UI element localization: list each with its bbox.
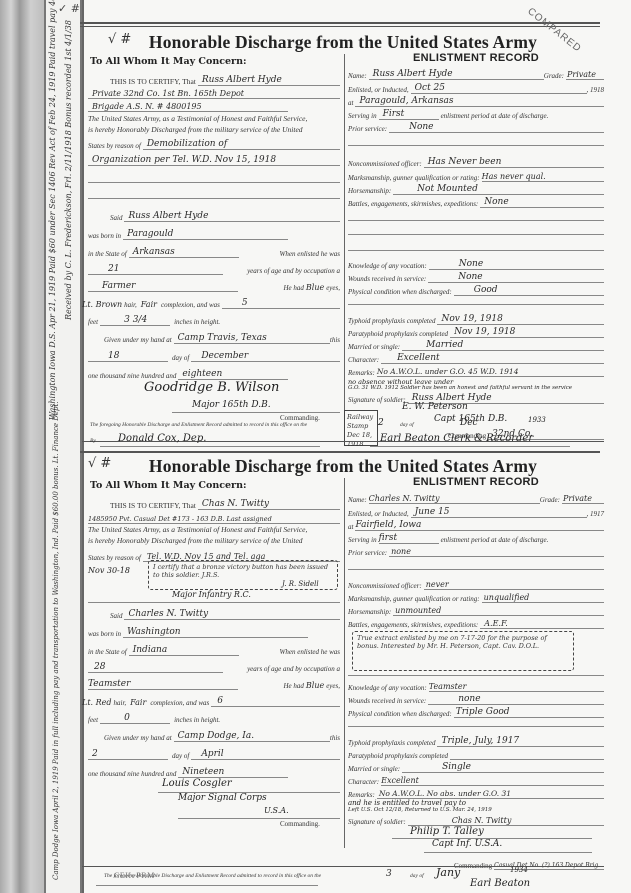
commanding-label: Commanding. <box>280 414 320 422</box>
said-name: Russ Albert Hyde <box>128 211 208 221</box>
blank-line <box>348 675 604 676</box>
grade-label: Grade: <box>540 496 560 504</box>
hair-row: Lt. Red hair, Fair complexion, and was 6 <box>82 693 340 707</box>
occupation-row: Farmer He had Blue eyes, <box>88 278 340 292</box>
blank-line <box>348 145 604 146</box>
signature-line <box>178 818 340 819</box>
enl-paratyphoid-row: Paratyphoid prophylaxis completed Nov 19… <box>348 324 604 338</box>
certify-label: THIS IS TO CERTIFY, That <box>110 501 196 510</box>
wounds: none <box>458 694 480 704</box>
officer-signature: Philip T. Talley <box>410 826 484 837</box>
eyes-label: He had <box>283 682 303 690</box>
testimonial-text-2: is hereby Honorably Discharged from the … <box>88 125 303 134</box>
discharge-left-column: THIS IS TO CERTIFY, That Chas N. Twitty … <box>82 456 340 856</box>
state-row: in the State of Arkansas When enlisted h… <box>88 244 340 258</box>
record-2-footer-day: 3 <box>386 869 392 879</box>
hair-row: Lt. Brown hair, Fair complexion, and was… <box>82 295 340 309</box>
grade: Private <box>563 494 592 503</box>
complexion-label: complexion, and was <box>161 301 220 309</box>
record-1-footer-month: Dec <box>460 418 478 428</box>
enl-typhoid-row: Typhoid prophylaxis completed Triple, Ju… <box>348 733 604 747</box>
officer-rank: Capt Inf. U.S.A. <box>432 839 502 849</box>
this-label: this <box>330 734 340 742</box>
blank-line <box>348 234 604 235</box>
enlistment-record-column: ENLISTMENT RECORD Name: Russ Albert Hyde… <box>348 28 604 428</box>
eyes-label: He had <box>283 284 303 292</box>
state-row: in the State of Indiana When enlisted he… <box>88 642 340 656</box>
hair-label: hair, <box>114 699 127 707</box>
wounds: None <box>458 272 482 282</box>
given-place: Camp Travis, Texas <box>178 333 267 343</box>
physical-condition: Good <box>474 285 498 295</box>
enl-serving-row: Serving in First enlistment period at da… <box>348 106 604 120</box>
signature-line <box>172 412 340 413</box>
complexion: Fair <box>141 300 157 309</box>
grade: Private <box>567 70 596 79</box>
enl-serving-row: Serving in first enlistment period at da… <box>348 530 604 544</box>
record-2-footer-year: 1934 <box>510 866 528 874</box>
name-label: Name: <box>348 72 367 80</box>
enl-name: Russ Albert Hyde <box>373 69 453 79</box>
prior-label: Prior service: <box>348 125 387 133</box>
state-label: in the State of <box>88 250 127 258</box>
complexion-label: complexion, and was <box>150 699 209 707</box>
commander-rank: Major Signal Corps <box>178 793 267 803</box>
remarks-label: Remarks: <box>348 791 375 799</box>
height-feet: 5 <box>242 298 248 308</box>
day: 18 <box>108 351 119 361</box>
discharge-reason-2: Nov 30-18 <box>88 566 130 575</box>
occupation-row: Teamster He had Blue eyes, <box>88 676 340 690</box>
year-label: one thousand nine hundred and <box>88 372 176 380</box>
birthplace: Washington <box>127 627 181 637</box>
nco-label: Noncommissioned officer: <box>348 160 422 168</box>
enlistment-record-column: ENLISTMENT RECORD Name: Charles N. Twitt… <box>348 456 604 856</box>
enl-nco-row: Noncommissioned officer: Has Never been <box>348 154 604 168</box>
soldier-name: Chas N. Twitty <box>202 499 269 509</box>
certify-row: THIS IS TO CERTIFY, That Russ Albert Hyd… <box>110 72 340 86</box>
year-row: one thousand nine hundred and Nineteen <box>88 764 288 778</box>
enl-horse-row: Horsemanship: Not Mounted <box>348 181 604 195</box>
enl-character-row: Character: Excellent <box>348 772 604 786</box>
enl-remarks-row: Remarks: No A.W.O.L. No abs. under G.O. … <box>348 785 604 799</box>
enl-physical-row: Physical condition when discharged: Trip… <box>348 704 604 718</box>
year-word: Nineteen <box>182 767 224 777</box>
footer-line <box>370 446 570 447</box>
vocation: None <box>459 259 483 269</box>
record-1-deputy-signature: Donald Cox, Dep. <box>118 433 206 444</box>
archive-credit: CEH~PRM <box>114 871 155 880</box>
scanned-document: Washington Iowa D.S. Apr 21, 1919 Paid $… <box>0 0 631 893</box>
signature-label: Signature of soldier: <box>348 396 406 404</box>
remarks-2: and he is entitled to travel pay to <box>348 799 466 807</box>
said-name: Charles N. Twitty <box>128 609 208 619</box>
vocation: Teamster <box>429 682 467 691</box>
soldier-name: Russ Albert Hyde <box>202 75 282 85</box>
unit-line: 1485950 Pvt. Casual Det #173 - 163 D.B. … <box>88 515 272 523</box>
enlisted-place: Fairfield, Iowa <box>355 520 421 530</box>
margin-note-upper: Washington Iowa D.S. Apr 21, 1919 Paid $… <box>48 20 57 420</box>
reason-label: States by reason of <box>88 554 141 562</box>
age-row: 28 years of age and by occupation a <box>88 659 340 673</box>
enlistment-heading: ENLISTMENT RECORD <box>348 52 604 64</box>
record-1-footer-by-label: By <box>90 438 96 444</box>
age-row: 21 years of age and by occupation a <box>88 261 340 275</box>
enl-physical-row: Physical condition when discharged: Good <box>348 282 604 296</box>
age: 21 <box>108 264 119 274</box>
discharge-record-2: √ # Honorable Discharge from the United … <box>82 456 604 856</box>
physical-label: Physical condition when discharged: <box>348 710 452 718</box>
record-1-footer-day: 2 <box>378 418 384 428</box>
battles-label: Battles, engagements, skirmishes, expedi… <box>348 621 478 629</box>
signature-label: Signature of soldier: <box>348 818 406 826</box>
birth-state: Indiana <box>133 645 168 655</box>
reason-label: States by reason of <box>88 142 141 150</box>
enl-battles-row: Battles, engagements, skirmishes, expedi… <box>348 615 604 629</box>
record-1-footer-text: The foregoing Honorable Discharge and En… <box>90 422 307 428</box>
enl-wounds-row: Wounds received in service: none <box>348 691 604 705</box>
character: Excellent <box>397 353 440 363</box>
day: 2 <box>92 749 98 759</box>
record-1-clerk-signature: Earl Beaton Clerk & Recorder <box>380 433 533 444</box>
footer-line <box>96 885 318 886</box>
discharge-reason-2: Organization per Tel. W.D. Nov 15, 1918 <box>92 155 276 165</box>
enl-typhoid-row: Typhoid prophylaxis completed Nov 19, 19… <box>348 311 604 325</box>
testimonial-text-1: The United States Army, as a Testimonial… <box>88 114 307 123</box>
occupation: Farmer <box>102 281 135 291</box>
this-label: this <box>330 336 340 344</box>
bonus-extract-box: True extract enlisted by me on 7-17-20 f… <box>352 631 574 671</box>
given-row: Given under my hand at Camp Dodge, Ia. t… <box>104 728 340 742</box>
remarks-1: No A.W.O.L. under G.O. 45 W.D. 1914 <box>377 367 519 376</box>
enl-knowledge-row: Knowledge of any vocation: Teamster <box>348 678 604 692</box>
footer-line <box>100 446 320 447</box>
enl-name: Charles N. Twitty <box>369 494 440 503</box>
typhoid-date: Triple, July, 1917 <box>441 736 519 746</box>
enlisted-age-label: When enlisted he was <box>280 648 340 656</box>
enlisted-date: Oct 25 <box>415 83 445 93</box>
given-label: Given under my hand at <box>104 336 172 344</box>
discharge-reason: Demobilization of <box>147 139 227 149</box>
said-row: Said Russ Albert Hyde <box>110 208 340 222</box>
grade-label: Grade: <box>544 72 564 80</box>
said-label: Said <box>110 612 122 620</box>
occupation: Teamster <box>88 679 130 689</box>
enl-prior-row: Prior service: None <box>348 119 604 133</box>
serving-period: First <box>383 109 405 119</box>
battles-label: Battles, engagements, skirmishes, expedi… <box>348 200 478 208</box>
born-row: was born in Washington <box>88 624 308 638</box>
physical-condition: Triple Good <box>456 707 510 717</box>
enl-knowledge-row: Knowledge of any vocation: None <box>348 256 604 270</box>
margin-note-lower: Camp Dodge Iowa April 2, 1919 Paid in fu… <box>52 680 61 880</box>
blank-line <box>348 304 604 305</box>
discharge-left-column: THIS IS TO CERTIFY, That Russ Albert Hyd… <box>82 28 340 428</box>
certification-signature: J. R. Sidell <box>282 580 319 588</box>
horsemanship: Not Mounted <box>417 184 478 194</box>
born-row: was born in Paragould <box>88 226 288 240</box>
height-row: feet 0 inches in height. <box>88 710 248 724</box>
height-feet: 6 <box>217 696 223 706</box>
given-place: Camp Dodge, Ia. <box>178 731 254 741</box>
height-inches: 0 <box>124 713 130 723</box>
birthplace: Paragould <box>127 229 173 239</box>
year-word: eighteen <box>182 369 222 379</box>
feet-label: feet <box>88 318 98 326</box>
enl-marks-row: Marksmanship, gunner qualification or ra… <box>348 589 604 603</box>
blank-line <box>88 198 340 199</box>
height-row: feet 3 3/4 inches in height. <box>88 312 248 326</box>
margin-note-upper-2: Received by C. L. Frederickson, Frl. 2/1… <box>64 20 73 320</box>
enl-paratyphoid-row: Paratyphoid prophylaxis completed <box>348 746 604 760</box>
nco: Has Never been <box>428 157 502 167</box>
officer-signature: E. W. Peterson <box>402 402 468 412</box>
marital-status: Single <box>442 762 471 772</box>
enl-name-row: Name: Charles N. Twitty Grade: Private <box>348 490 604 504</box>
date-row: 2 day of April <box>88 746 340 760</box>
enl-name-row: Name: Russ Albert Hyde Grade: Private <box>348 66 604 80</box>
birth-state: Arkansas <box>133 247 175 257</box>
day-label: day of <box>172 354 189 362</box>
blank-line <box>348 726 604 727</box>
certify-line-2: Private 32nd Co. 1st Bn. 165th Depot <box>88 85 340 99</box>
battles: A.E.F. <box>484 619 508 628</box>
said-row: Said Charles N. Twitty <box>110 606 340 620</box>
enl-character-row: Character: Excellent <box>348 350 604 364</box>
service-number-line: Brigade A.S. N. # 4800195 <box>92 102 202 111</box>
top-border-rule <box>80 22 600 24</box>
certification-rank: Major Infantry R.C. <box>172 590 251 599</box>
column-divider <box>344 54 345 424</box>
character: Excellent <box>381 776 419 785</box>
typhoid-date: Nov 19, 1918 <box>441 314 502 324</box>
given-label: Given under my hand at <box>104 734 172 742</box>
commanding-label: Commanding. <box>280 820 320 828</box>
given-row: Given under my hand at Camp Travis, Texa… <box>104 330 340 344</box>
hair-color: Lt. Brown <box>82 300 122 309</box>
blank-line <box>88 602 340 603</box>
physical-label: Physical condition when discharged: <box>348 288 452 296</box>
certify-row: THIS IS TO CERTIFY, That Chas N. Twitty <box>110 496 340 510</box>
corner-check-mark: ✓ # <box>58 2 80 15</box>
column-divider <box>344 478 345 848</box>
enlisted-age-label: When enlisted he was <box>280 250 340 258</box>
enl-remarks-row: Remarks: No A.W.O.L. under G.O. 45 W.D. … <box>348 363 604 377</box>
enl-signature-row: Signature of soldier: Russ Albert Hyde <box>348 390 604 404</box>
day-label: day of <box>172 752 189 760</box>
prior-service: None <box>409 122 433 132</box>
record-2-footer-day-label: day of <box>410 873 424 879</box>
record-separator-rule <box>80 451 600 453</box>
enl-married-row: Married or single: Married <box>348 337 604 351</box>
inches-label: inches in height. <box>174 318 220 326</box>
reason-row: States by reason of Demobilization of <box>88 136 340 150</box>
born-label: was born in <box>88 232 121 240</box>
blank-line <box>88 182 340 183</box>
eyes-suffix: eyes, <box>326 682 340 690</box>
horsemanship: unmounted <box>395 606 441 615</box>
certify-line-2: 1485950 Pvt. Casual Det #173 - 163 D.B. … <box>88 510 340 524</box>
battles: None <box>484 197 508 207</box>
enl-enlisted-row: Enlisted, or Inducted, June 15 , 1917 <box>348 504 604 518</box>
record-2-footer-month: Jany <box>436 866 460 879</box>
age-label: years of age and by occupation a <box>247 267 340 275</box>
record-1-footer-year: 1933 <box>528 416 546 424</box>
year-row: one thousand nine hundred and eighteen <box>88 366 288 380</box>
enl-enlisted-row: Enlisted, or Inducted, Oct 25 , 1918 <box>348 80 604 94</box>
unit-line: Private 32nd Co. 1st Bn. 165th Depot <box>92 89 244 98</box>
enl-battles-row: Battles, engagements, skirmishes, expedi… <box>348 194 604 208</box>
enl-prior-row: Prior service: none <box>348 543 604 557</box>
commander-signature: Louis Cosgler <box>162 778 232 789</box>
prior-service: none <box>391 547 411 556</box>
record-2-clerk-signature: Earl Beaton <box>470 878 530 889</box>
remarks-1: No A.W.O.L. No abs. under G.O. 31 <box>379 789 511 798</box>
binding-strip <box>0 0 44 893</box>
marksmanship: unqualified <box>484 593 530 602</box>
top-border-rule-2 <box>80 26 600 27</box>
said-label: Said <box>110 214 122 222</box>
reason-row-2: Organization per Tel. W.D. Nov 15, 1918 <box>88 152 340 166</box>
certify-line-3: Brigade A.S. N. # 4800195 <box>88 98 288 112</box>
serving-period: first <box>379 533 398 543</box>
enlisted-place: Paragould, Arkansas <box>359 96 453 106</box>
month: April <box>201 749 223 759</box>
enl-marks-row: Marksmanship, gunner qualification or ra… <box>348 168 604 182</box>
height-inches: 3 3/4 <box>124 315 147 325</box>
enl-horse-row: Horsemanship: unmounted <box>348 602 604 616</box>
born-label: was born in <box>88 630 121 638</box>
enl-nco-row: Noncommissioned officer: never <box>348 576 604 590</box>
state-label: in the State of <box>88 648 127 656</box>
name-label: Name: <box>348 496 367 504</box>
commander-signature: Goodridge B. Wilson <box>144 380 279 395</box>
hair-color: Lt. Red <box>82 698 112 707</box>
enl-at-row: at Fairfield, Iowa <box>348 517 604 531</box>
month: December <box>201 351 248 361</box>
enl-married-row: Married or single: Single <box>348 759 604 773</box>
commander-rank: Major 165th D.B. <box>192 400 271 410</box>
enl-at-row: at Paragould, Arkansas <box>348 93 604 107</box>
paratyphoid-date: Nov 19, 1918 <box>454 327 515 337</box>
blank-line <box>348 569 604 570</box>
enl-signature-row: Signature of soldier: Chas N. Twitty <box>348 812 604 826</box>
soldier-signature: Chas N. Twitty <box>452 816 512 825</box>
marital-status: Married <box>426 340 463 350</box>
discharge-record-1: √ # Honorable Discharge from the United … <box>82 28 604 438</box>
feet-label: feet <box>88 716 98 724</box>
hair-label: hair, <box>124 301 137 309</box>
prior-label: Prior service: <box>348 549 387 557</box>
commander-rank-2: U.S.A. <box>264 806 289 815</box>
testimonial-text-1: The United States Army, as a Testimonial… <box>88 525 307 534</box>
nco: never <box>426 580 449 589</box>
blank-line <box>348 250 604 251</box>
year-label: one thousand nine hundred and <box>88 770 176 778</box>
record-1-footer-day-label: day of <box>400 422 414 428</box>
enl-wounds-row: Wounds received in service: None <box>348 269 604 283</box>
age: 28 <box>94 662 105 672</box>
remarks-label: Remarks: <box>348 369 375 377</box>
enlisted-date: June 15 <box>415 507 450 517</box>
complexion: Fair <box>130 698 146 707</box>
eyes-suffix: eyes, <box>326 284 340 292</box>
eye-color: Blue <box>306 283 324 292</box>
eye-color: Blue <box>306 681 324 690</box>
blank-line <box>348 220 604 221</box>
age-label: years of age and by occupation a <box>247 665 340 673</box>
testimonial-text-2: is hereby Honorably Discharged from the … <box>88 536 303 545</box>
marksmanship: Has never qual. <box>482 172 546 181</box>
signature-line <box>424 852 592 853</box>
enl-commanding-row: Commanding Casual Det No. (?) 163 Depot … <box>454 856 604 870</box>
enlistment-heading: ENLISTMENT RECORD <box>348 476 604 488</box>
inches-label: inches in height. <box>174 716 220 724</box>
date-row: 18 day of December <box>88 348 340 362</box>
